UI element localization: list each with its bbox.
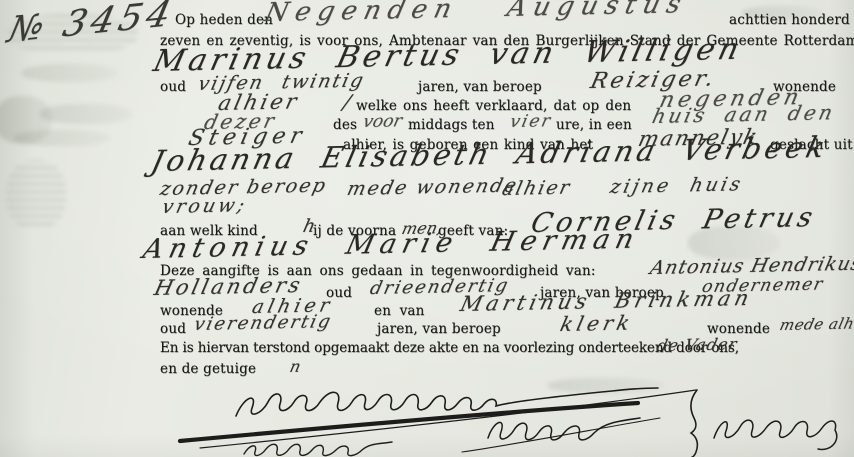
official-signature [714, 420, 837, 449]
signatures-block [0, 0, 854, 457]
father-signature [236, 388, 658, 416]
official-brace [691, 390, 697, 457]
witness2-paraph [462, 418, 660, 452]
witness2-signature [488, 418, 640, 440]
paraph-stroke-heavy [180, 403, 638, 441]
witness1-signature [244, 442, 392, 456]
birth-certificate-scan: № 3454 Op heden den Negenden Augustus ac… [0, 0, 854, 457]
